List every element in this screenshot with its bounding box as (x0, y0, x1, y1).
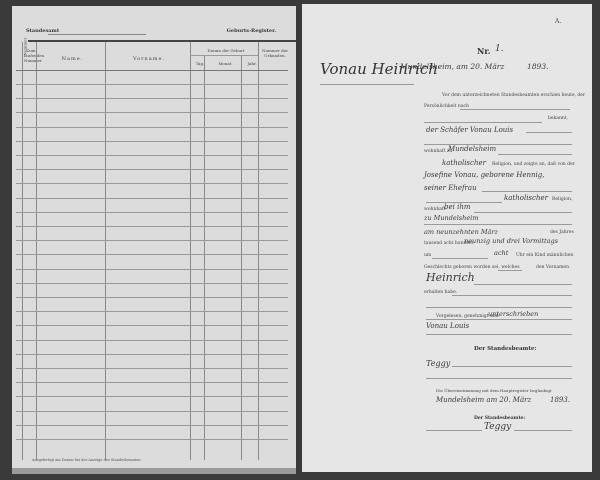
row-rule (16, 183, 288, 184)
birth-date: am neunzehnten März (424, 228, 498, 236)
blank-line (474, 212, 572, 213)
row-rule (16, 325, 288, 326)
hour-prefix: um (424, 253, 431, 258)
birth-record-page: A. Nr. 1. Vonau Heinrich Mundelsheim, am… (302, 4, 592, 472)
blank-line (426, 334, 572, 335)
row-rule (16, 112, 288, 113)
blank-line (482, 191, 572, 192)
row-rule (16, 396, 288, 397)
blank-line (426, 430, 482, 431)
blank-line (452, 366, 572, 367)
col-name-header: Name. (40, 56, 105, 62)
register-title: Geburts-Register. (227, 28, 276, 34)
row-rule (16, 340, 288, 341)
blank-line (452, 295, 572, 296)
col-birth-date-header: Datum der Geburt (193, 48, 259, 53)
blank-line (474, 284, 572, 285)
col-month-header: Monat. (207, 61, 244, 66)
col-remarks-header: Nummer der Urkunden. (261, 48, 289, 58)
row-rule (16, 198, 288, 199)
header-rule (28, 40, 296, 42)
row-rule (16, 382, 288, 383)
row-rule (16, 98, 288, 99)
mother: Josefine Vonau, geborene Hennig, (424, 171, 544, 179)
blank-line (424, 122, 542, 123)
subheader-rule (190, 55, 258, 56)
row-rule (16, 425, 288, 426)
informant-signature: Vonau Louis (426, 322, 469, 330)
child-name: Heinrich (426, 271, 475, 284)
registrar-title-2: Der Standesbeamte: (474, 416, 525, 421)
year-text: des Jahres (550, 230, 574, 235)
page-shadow (12, 468, 296, 474)
cert-year: 1893. (550, 396, 570, 404)
corner-letter: A. (555, 18, 561, 25)
religion-father: katholischer (442, 159, 486, 167)
row-rule (16, 127, 288, 128)
religion-label: Religion, (552, 197, 572, 202)
blank-line (426, 319, 572, 320)
margin-name-underline (320, 84, 414, 85)
name-label: den Vornamen (536, 265, 569, 270)
record-number-value: 1. (495, 44, 504, 54)
row-rule (16, 169, 288, 170)
blank-line (498, 154, 572, 155)
registrar-signature: Teggy (426, 359, 450, 368)
col-divider (241, 56, 242, 460)
footnote: Ausgefertigt am Datum bei der Anzeige de… (32, 458, 142, 462)
religion-mother: katholischer (504, 194, 548, 202)
hour-suffix: Uhr ein Kind männlichen (516, 253, 573, 258)
hour: acht (494, 249, 508, 257)
row-rule (16, 141, 288, 142)
registrar-title: Der Standesbeamte: (474, 346, 536, 352)
registrar-signature-2: Teggy (484, 422, 511, 432)
blank-line (424, 224, 572, 225)
blank-line (460, 109, 570, 110)
blank-line (426, 378, 572, 379)
row-rule (16, 297, 288, 298)
blank-line (432, 258, 488, 259)
record-number-label: Nr. (477, 46, 491, 56)
row-rule (16, 311, 288, 312)
blank-line (498, 270, 522, 271)
row-rule (16, 368, 288, 369)
row-rule (16, 254, 288, 255)
blank-line (424, 144, 572, 145)
row-rule (16, 226, 288, 227)
header-bottom-rule (16, 70, 288, 71)
register-index-page: Standesamt Geburts-Register. Nummer Zum … (12, 6, 296, 470)
blank-line (514, 430, 572, 431)
mother-residence-label: wohnhaft (424, 207, 445, 212)
row-rule (16, 269, 288, 270)
record-year: 1893. (527, 62, 548, 71)
row-rule (16, 439, 288, 440)
year-words: neunzig und drei Vormittags (464, 237, 558, 245)
col-divider (204, 56, 205, 460)
row-rule (16, 84, 288, 85)
blank-line (426, 307, 572, 308)
informant: der Schäfer Vonau Louis (426, 126, 513, 134)
row-rule (16, 354, 288, 355)
place-date: Mundelsheim, am 20. März (400, 62, 504, 71)
cert-place-date: Mundelsheim am 20. März (436, 396, 531, 404)
read-value: unterschrieben (488, 310, 538, 318)
birth-place: zu Mundelsheim (424, 214, 478, 222)
mother-residence: bei ihm (444, 203, 470, 211)
religion-text: Religion, und zeigte an, daß von der (492, 162, 575, 167)
row-rule (16, 283, 288, 284)
intro-text: Vor dem unterzeichneten Standesbeamten e… (442, 93, 585, 98)
standesamt-blank-line (48, 34, 146, 35)
row-rule (16, 155, 288, 156)
row-rule (16, 240, 288, 241)
known-text: bekannt, (548, 116, 568, 121)
residence: Mundelsheim (448, 145, 496, 153)
row-rule (16, 411, 288, 412)
row-rule (16, 212, 288, 213)
mother-relation: seiner Ehefrau (424, 184, 477, 192)
col-first-name-header: Vorname. (107, 56, 191, 62)
certification-text: Die Übereinstimmung mit dem Hauptregiste… (436, 388, 552, 393)
blank-line (526, 132, 572, 133)
